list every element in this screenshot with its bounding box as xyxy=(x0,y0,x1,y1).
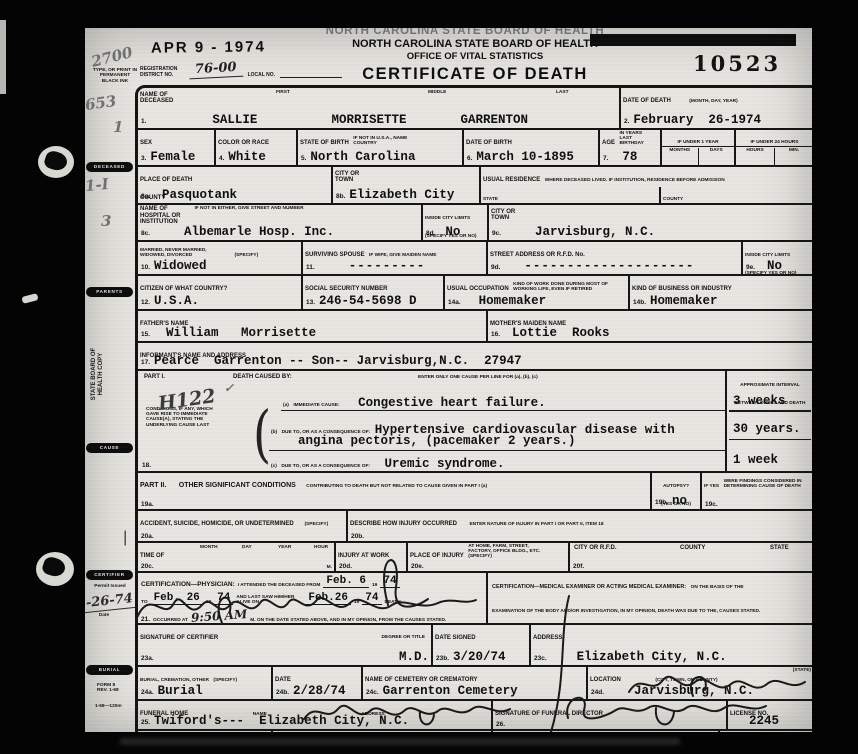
funeral-home-value: Twiford's--- Elizabeth City, N.C. xyxy=(154,715,409,728)
location-sub1: (CITY, TOWN, OR COUNTY) xyxy=(655,678,717,683)
handwritten-time-of-death: 9:50 AM xyxy=(191,607,248,623)
field-burial-date: DATE 24b.2/28/74 xyxy=(273,667,363,699)
icl-value: No xyxy=(445,226,460,239)
occupation-value: Homemaker xyxy=(479,295,547,308)
field-father-name: FATHER'S NAME 15.William Morrisette xyxy=(138,311,488,341)
m-label: M. xyxy=(327,565,332,570)
part2-label: PART II. xyxy=(140,483,166,490)
num-20c: 20c. xyxy=(141,563,154,570)
field-hospital: NAME OF HOSPITAL OR INSTITUTION IF NOT I… xyxy=(138,205,423,240)
interval-c: 1 week xyxy=(733,454,778,467)
field-num: 1. xyxy=(141,118,146,125)
margin-stroke: | xyxy=(121,528,128,546)
num-19c: 19c. xyxy=(705,501,718,508)
hospital-sub: IF NOT IN EITHER, GIVE STREET AND NUMBER xyxy=(194,206,314,211)
last-name-value: GARRENTON xyxy=(460,114,528,127)
permit-issued-label: Permit Issued xyxy=(89,584,131,589)
part2-title: OTHER SIGNIFICANT CONDITIONS xyxy=(179,483,296,490)
middle-name-value: MORRISETTE xyxy=(331,114,406,127)
dob-label: DATE OF BIRTH xyxy=(466,140,512,147)
tertiary-cause-value: Uremic syndrome. xyxy=(384,457,504,471)
spouse-value: --------- xyxy=(349,260,426,273)
place-injury-sub: AT HOME, FARM, STREET, FACTORY, OFFICE B… xyxy=(468,544,548,560)
interval-label: APPROXIMATE INTERVAL xyxy=(740,383,800,388)
time-label: TIME OF xyxy=(140,553,164,560)
brace: ( xyxy=(253,405,271,463)
days-label: DAYS xyxy=(699,148,735,153)
residence-city-value: Jarvisburg, N.C. xyxy=(535,226,655,239)
race-label: COLOR OR RACE xyxy=(218,140,269,147)
min-label: MIN. xyxy=(775,148,812,153)
citizen-value: U.S.A. xyxy=(154,295,199,308)
field-informant: INFORMANT'S NAME AND ADDRESS 17.Pearce G… xyxy=(138,343,812,369)
county-col: COUNTY xyxy=(680,545,705,552)
father-value: William Morrisette xyxy=(166,327,316,340)
field-certifier-address: ADDRESS 23c.Elizabeth City, N.C. xyxy=(531,625,812,665)
autopsy-label: AUTOPSY? xyxy=(663,484,689,489)
street-label: STREET ADDRESS OR R.F.D. No. xyxy=(490,252,585,259)
part1-label: PART I. xyxy=(144,374,165,381)
year-col: YEAR xyxy=(278,545,291,550)
race-value: White xyxy=(228,151,266,164)
field-accident-suicide: ACCIDENT, SUICIDE, HOMICIDE, OR UNDETERM… xyxy=(138,511,348,541)
num-21: 21. xyxy=(141,616,150,623)
field-residence-city: CITY OR TOWN 9c.Jarvisburg, N.C. xyxy=(489,205,812,240)
num-18: 18. xyxy=(142,462,151,469)
occurred-rest: M. ON THE DATE STATED ABOVE, AND IN MY O… xyxy=(250,618,450,623)
hours-label: HOURS xyxy=(736,148,774,153)
scan-smear xyxy=(120,738,680,745)
ssn-value: 246-54-5698 D xyxy=(319,295,417,308)
occupation-label: USUAL OCCUPATION xyxy=(447,286,509,293)
certificate-number: 10523 xyxy=(693,51,781,76)
field-injury-location: CITY OR R.F.D. COUNTY STATE 20f. xyxy=(570,543,812,571)
tab-burial: BURIAL xyxy=(86,665,133,675)
field-citizenship: CITIZEN OF WHAT COUNTRY? 12.U.S.A. xyxy=(138,276,303,309)
field-embalmer-signature: SIGNATURE OF EMBALMER (IF EMBALMED) 29. xyxy=(493,731,720,732)
certificate-form: NAME OF DECEASED FIRST MIDDLE LAST 1. SA… xyxy=(135,85,812,732)
attended-from-date: Feb. 6 xyxy=(323,575,369,588)
form-header: NORTH CAROLINA STATE BOARD OF HEALTH OFF… xyxy=(313,38,637,84)
field-usual-residence: USUAL RESIDENCE WHERE DECEASED LIVED. IF… xyxy=(481,167,812,203)
place-of-death-label: PLACE OF DEATH xyxy=(140,177,192,184)
num-23a: 23a. xyxy=(141,655,154,662)
months-label: MONTHS xyxy=(662,148,698,153)
local-no-label: LOCAL NO. xyxy=(248,73,275,79)
ril-value: No xyxy=(767,260,782,273)
num-20f: 20f. xyxy=(573,563,584,570)
ssn-label: SOCIAL SECURITY NUMBER xyxy=(305,286,387,293)
describe-label: DESCRIBE HOW INJURY OCCURRED xyxy=(350,521,457,528)
street-value: -------------------- xyxy=(524,260,694,273)
field-name-of-deceased: NAME OF DECEASED FIRST MIDDLE LAST 1. SA… xyxy=(138,88,621,128)
field-place-of-death-city: CITY OR TOWN 8b.Elizabeth City xyxy=(333,167,481,203)
autopsy-value: no xyxy=(672,495,687,508)
film-speck xyxy=(0,20,6,94)
field-place-of-death-county: PLACE OF DEATH COUNTY 8a.Pasquotank xyxy=(138,167,333,203)
field-state-of-birth: STATE OF BIRTH IF NOT IN U.S.A., NAME CO… xyxy=(298,130,464,165)
city-label: CITY OR TOWN xyxy=(335,171,365,184)
field-occupation: USUAL OCCUPATION KIND OF WORK DONE DURIN… xyxy=(445,276,630,309)
burial-date-value: 2/28/74 xyxy=(293,685,346,698)
field-race: COLOR OR RACE 4.White xyxy=(216,130,298,165)
interval-column: APPROXIMATE INTERVAL BETWEEN ONSET AND D… xyxy=(727,371,812,471)
hospital-label: NAME OF HOSPITAL OR INSTITUTION xyxy=(140,206,190,226)
certificate-paper: NORTH CAROLINA STATE BOARD OF HEALTH APR… xyxy=(85,28,812,732)
field-time-of-injury: TIME OF INJURY MONTH DAY YEAR HOUR 20c.M… xyxy=(138,543,336,571)
degree-value: M.D. xyxy=(399,651,429,664)
num-20e: 20e. xyxy=(411,563,424,570)
rule xyxy=(269,450,725,451)
caused-by-label: DEATH CAUSED BY: xyxy=(233,374,292,381)
section-cause-of-death: PART I. DEATH CAUSED BY: ENTER ONLY ONE … xyxy=(138,371,812,473)
film-speck xyxy=(21,293,38,304)
attended-from-year: 74 xyxy=(380,575,399,588)
field-residence-inside-limits: INSIDE CITY LIMITS (SPECIFY YES OR NO) 9… xyxy=(743,242,812,274)
field-describe-injury: DESCRIBE HOW INJURY OCCURRED ENTER NATUR… xyxy=(348,511,812,541)
industry-value: Homemaker xyxy=(650,295,718,308)
field-date-of-death: DATE OF DEATH (MONTH, DAY, YEAR) 2. Febr… xyxy=(621,88,812,128)
date-signed-label: DATE SIGNED xyxy=(435,635,476,642)
accident-label: ACCIDENT, SUICIDE, HOMICIDE, OR UNDETERM… xyxy=(140,521,300,528)
place-injury-label: PLACE OF INJURY xyxy=(410,553,464,560)
field-sex: SEX 3.Female xyxy=(138,130,216,165)
to-label: TO xyxy=(141,600,148,605)
findings-label: IF YES xyxy=(704,484,719,489)
margin-date-received: 2-26-74 xyxy=(85,591,138,615)
middle-label: MIDDLE xyxy=(428,90,446,95)
field-other-significant-conditions: PART II. OTHER SIGNIFICANT CONDITIONS CO… xyxy=(138,473,652,509)
field-date-received: DATE REC'D BY LOCAL REG. 27.3-22-197X xyxy=(138,731,273,732)
county-value: Pasquotank xyxy=(162,189,237,202)
dod-value: February 26-1974 xyxy=(633,114,761,127)
rule xyxy=(281,410,725,411)
residence-county-label: COUNTY xyxy=(663,197,683,202)
age-value: 78 xyxy=(622,151,637,164)
field-certification-examiner: CERTIFICATION—MEDICAL EXAMINER OR ACTING… xyxy=(488,573,812,623)
month-col: MONTH xyxy=(200,545,218,550)
handwritten-check: ✓ xyxy=(224,381,234,395)
dod-label: DATE OF DEATH xyxy=(623,98,671,105)
examiner-text1: ON THE BASIS OF THE xyxy=(691,585,744,590)
city-rfd-col: CITY OR R.F.D. xyxy=(574,545,617,552)
copy-designation: STATE BOARD OF HEALTH COPY xyxy=(91,346,105,402)
hour-col: HOUR xyxy=(314,545,328,550)
tab-certifier: CERTIFIER xyxy=(86,570,133,580)
burial-type-label: BURIAL, CREMATION, OTHER xyxy=(140,678,209,683)
field-if-under-24-hours: IF UNDER 24 HOURS HOURS MIN. xyxy=(736,130,812,165)
death-word: DEATH xyxy=(385,600,401,605)
name-label: NAME OF DECEASED xyxy=(140,92,180,105)
sob-value: North Carolina xyxy=(310,151,415,164)
one-cause-note: ENTER ONLY ONE CAUSE PER LINE FOR (a), (… xyxy=(418,375,538,380)
local-no-blank xyxy=(280,69,342,78)
degree-label: DEGREE OR TITLE xyxy=(382,635,425,640)
age-sub: IN YEARS LAST BIRTHDAY xyxy=(619,131,653,147)
spouse-label: SURVIVING SPOUSE xyxy=(305,252,365,259)
field-funeral-home: FUNERAL HOME NAME ADDRESS 25.Twiford's--… xyxy=(138,701,493,729)
attended-label: I ATTENDED THE DECEASED FROM xyxy=(238,583,321,588)
underlying-cause-value-2: angina pectoris, (pacemaker 2 years.) xyxy=(298,435,576,448)
director-license-value: 2245 xyxy=(749,715,779,728)
field-injury-at-work: INJURY AT WORK (SPECIFY YES OR NO) 20d. xyxy=(336,543,408,571)
interval-a: 3 weeks xyxy=(733,395,786,408)
occurred-label: OCCURRED AT xyxy=(153,618,188,623)
field-inside-city-limits: INSIDE CITY LIMITS (SPECIFY YES OR NO) 8… xyxy=(423,205,489,240)
field-burial-type: BURIAL, CREMATION, OTHER (SPECIFY) 24a.B… xyxy=(138,667,273,699)
hospital-value: Albemarle Hosp. Inc. xyxy=(184,226,334,239)
num-20b: 20b. xyxy=(351,533,364,540)
field-surviving-spouse: SURVIVING SPOUSE IF WIFE, GIVE MAIDEN NA… xyxy=(303,242,488,274)
field-date-of-birth: DATE OF BIRTH 6.March 10-1895 xyxy=(464,130,600,165)
tab-deceased: DECEASED xyxy=(86,162,133,172)
dod-sub: (MONTH, DAY, YEAR) xyxy=(689,99,738,104)
city-value: Elizabeth City xyxy=(349,189,454,202)
field-registrar-signature: SIGNATURE OF REGISTRAR 28. xyxy=(273,731,493,732)
num-20d: 20d. xyxy=(339,563,352,570)
field-num: 2. xyxy=(624,118,629,125)
board-name: NORTH CAROLINA STATE BOARD OF HEALTH xyxy=(313,38,637,50)
field-findings-considered: IF YES WERE FINDINGS CONSIDERED IN DETER… xyxy=(702,473,812,509)
field-cemetery: NAME OF CEMETERY OR CREMATORY 24c.Garren… xyxy=(363,667,588,699)
cause-line-a: (a) IMMEDIATE CAUSE: Congestive heart fa… xyxy=(283,393,546,411)
first-name-value: SALLIE xyxy=(212,114,257,127)
sob-sub: IF NOT IN U.S.A., NAME COUNTRY xyxy=(353,136,415,146)
last-alive-year: 74 xyxy=(362,592,381,605)
icl-label: INSIDE CITY LIMITS xyxy=(425,216,470,221)
informant-value: Pearce Garrenton -- Son-- Jarvisburg,N.C… xyxy=(154,355,522,368)
num-19a: 19a. xyxy=(141,501,154,508)
field-age: AGE IN YEARS LAST BIRTHDAY 7.78 xyxy=(600,130,662,165)
sex-label: SEX xyxy=(140,140,152,147)
sex-value: Female xyxy=(150,151,195,164)
location-value: Jarvisburg, N.C. xyxy=(634,685,754,698)
location-label: LOCATION xyxy=(590,677,621,684)
margin-date-label: Date xyxy=(89,613,119,618)
form-number: FORM 8REV. 1-68 xyxy=(97,683,127,694)
ink-instruction: TYPE, OR PRINT IN PERMANENT BLACK INK xyxy=(91,68,139,84)
part2-sub: CONTRIBUTING TO DEATH BUT NOT RELATED TO… xyxy=(306,484,487,489)
registration-district-value: 76-00 xyxy=(189,60,243,80)
examiner-cert-label: CERTIFICATION—MEDICAL EXAMINER OR ACTING… xyxy=(492,585,686,590)
burial-date-label: DATE xyxy=(275,677,291,684)
industry-label: KIND OF BUSINESS OR INDUSTRY xyxy=(632,286,732,293)
punch-hole xyxy=(38,146,74,178)
field-ssn: SOCIAL SECURITY NUMBER 13.246-54-5698 D xyxy=(303,276,445,309)
under1-label: IF UNDER 1 YEAR xyxy=(662,139,734,147)
examiner-text2: EXAMINATION OF THE BODY AND/OR INVESTIGA… xyxy=(492,609,760,614)
margin-handwriting: 1-I xyxy=(85,175,110,195)
attended-to-year: 74 xyxy=(214,592,233,605)
cause-line-c: (c) DUE TO, OR AS A CONSEQUENCE OF: Urem… xyxy=(271,454,504,471)
margin-handwriting: 653 xyxy=(85,92,117,114)
immediate-cause-value: Congestive heart failure. xyxy=(358,396,546,410)
sob-label: STATE OF BIRTH xyxy=(300,140,349,147)
signature-certifier-label: SIGNATURE OF CERTIFIER xyxy=(140,635,218,642)
tab-parents: PARENTS xyxy=(86,287,133,297)
occupation-sub: KIND OF WORK DONE DURING MOST OF WORKING… xyxy=(513,282,613,292)
residence-sub: WHERE DECEASED LIVED. IF INSTITUTION, RE… xyxy=(545,178,725,183)
marital-value: Widowed xyxy=(154,260,207,273)
field-funeral-director-signature: SIGNATURE OF FUNERAL DIRECTOR 26. xyxy=(493,701,728,729)
dob-value: March 10-1895 xyxy=(476,151,574,164)
num-20a: 20a. xyxy=(141,533,154,540)
field-street-address: STREET ADDRESS OR R.F.D. No. 9d.--------… xyxy=(488,242,743,274)
tab-cause: CAUSE xyxy=(86,443,133,453)
interval-b: 30 years. xyxy=(733,423,801,436)
mother-value: Lottie Rooks xyxy=(512,327,610,340)
registration-line: REGISTRATION DISTRICT NO. 76-00 LOCAL NO… xyxy=(140,61,342,78)
burial-type-sub: (SPECIFY) xyxy=(213,678,237,683)
under24-label: IF UNDER 24 HOURS xyxy=(736,139,812,147)
field-director-license: LICENSE NO. 2245 xyxy=(728,701,812,729)
field-signature-certifier: SIGNATURE OF CERTIFIER DEGREE OR TITLE 2… xyxy=(138,625,433,665)
marital-label: MARRIED, NEVER MARRIED, WIDOWED, DIVORCE… xyxy=(140,248,230,258)
field-burial-location: LOCATION (CITY, TOWN, OR COUNTY) (STATE)… xyxy=(588,667,812,699)
director-signature-label: SIGNATURE OF FUNERAL DIRECTOR xyxy=(495,711,603,718)
registration-district-label: REGISTRATION DISTRICT NO. xyxy=(140,67,184,78)
accident-sub: (SPECIFY) xyxy=(304,522,328,527)
punch-hole xyxy=(36,552,74,586)
ril-label: INSIDE CITY LIMITS xyxy=(745,253,790,258)
last-alive-date: Feb.26 xyxy=(305,592,351,605)
field-marital-status: MARRIED, NEVER MARRIED, WIDOWED, DIVORCE… xyxy=(138,242,303,274)
day-col: DAY xyxy=(242,545,252,550)
address-label: ADDRESS xyxy=(533,635,562,642)
spouse-sub: IF WIFE, GIVE MAIDEN NAME xyxy=(369,253,436,258)
first-label: FIRST xyxy=(276,90,290,95)
residence-city-label: CITY OR TOWN xyxy=(491,209,521,222)
at-work-label: INJURY AT WORK xyxy=(338,553,389,560)
num-26: 26. xyxy=(496,721,505,728)
margin-handwriting: 2700 xyxy=(89,43,134,71)
field-embalmer-license: LICENSE NO. 531 xyxy=(720,731,812,732)
margin-handwriting: 1 xyxy=(113,118,123,136)
marital-sub: (SPECIFY) xyxy=(234,253,258,258)
age-label: AGE xyxy=(602,140,615,147)
physician-cert-label: CERTIFICATION—PHYSICIAN: xyxy=(141,582,235,589)
state-col: STATE xyxy=(770,545,789,552)
page-title: CERTIFICATE OF DEATH xyxy=(313,65,637,84)
received-date-stamp: APR 9 - 1974 xyxy=(151,38,266,56)
field-autopsy: AUTOPSY? (YES OR NO) 19b.no xyxy=(652,473,702,509)
last-label: LAST xyxy=(556,90,569,95)
field-place-of-injury: PLACE OF INJURY AT HOME, FARM, STREET, F… xyxy=(408,543,570,571)
field-certification-physician: CERTIFICATION—PHYSICIAN: I ATTENDED THE … xyxy=(138,573,488,623)
field-industry: KIND OF BUSINESS OR INDUSTRY 14b.Homemak… xyxy=(630,276,812,309)
residence-state-label: STATE xyxy=(483,197,498,202)
last-saw-label: AND LAST SAW HIM/HER ALIVE ON xyxy=(236,595,302,605)
attended-to-date: Feb. 26 xyxy=(151,592,203,605)
field-date-signed: DATE SIGNED 23b.3/20/74 xyxy=(433,625,531,665)
findings-sub: WERE FINDINGS CONSIDERED IN DETERMINING … xyxy=(724,479,810,489)
print-code: 1-68—120m xyxy=(95,704,129,709)
death-certificate-scan: { "header": { "ghost_top": "NORTH CAROLI… xyxy=(0,0,858,754)
address-value: Elizabeth City, N.C. xyxy=(577,651,727,664)
burial-type-value: Burial xyxy=(158,685,203,698)
describe-sub: ENTER NATURE OF INJURY IN PART I OR PART… xyxy=(469,522,603,527)
cemetery-label: NAME OF CEMETERY OR CREMATORY xyxy=(365,677,478,684)
field-mother-name: MOTHER'S MAIDEN NAME 16.Lottie Rooks xyxy=(488,311,812,341)
date-signed-value: 3/20/74 xyxy=(453,651,506,664)
cemetery-value: Garrenton Cemetery xyxy=(383,685,518,698)
office-name: OFFICE OF VITAL STATISTICS xyxy=(313,51,637,62)
margin-handwriting: 3 xyxy=(101,212,111,230)
location-sub2: (STATE) xyxy=(793,668,811,673)
field-if-under-1-year: IF UNDER 1 YEAR MONTHS DAYS xyxy=(662,130,736,165)
residence-label: USUAL RESIDENCE xyxy=(483,177,540,184)
citizen-label: CITIZEN OF WHAT COUNTRY? xyxy=(140,286,227,293)
